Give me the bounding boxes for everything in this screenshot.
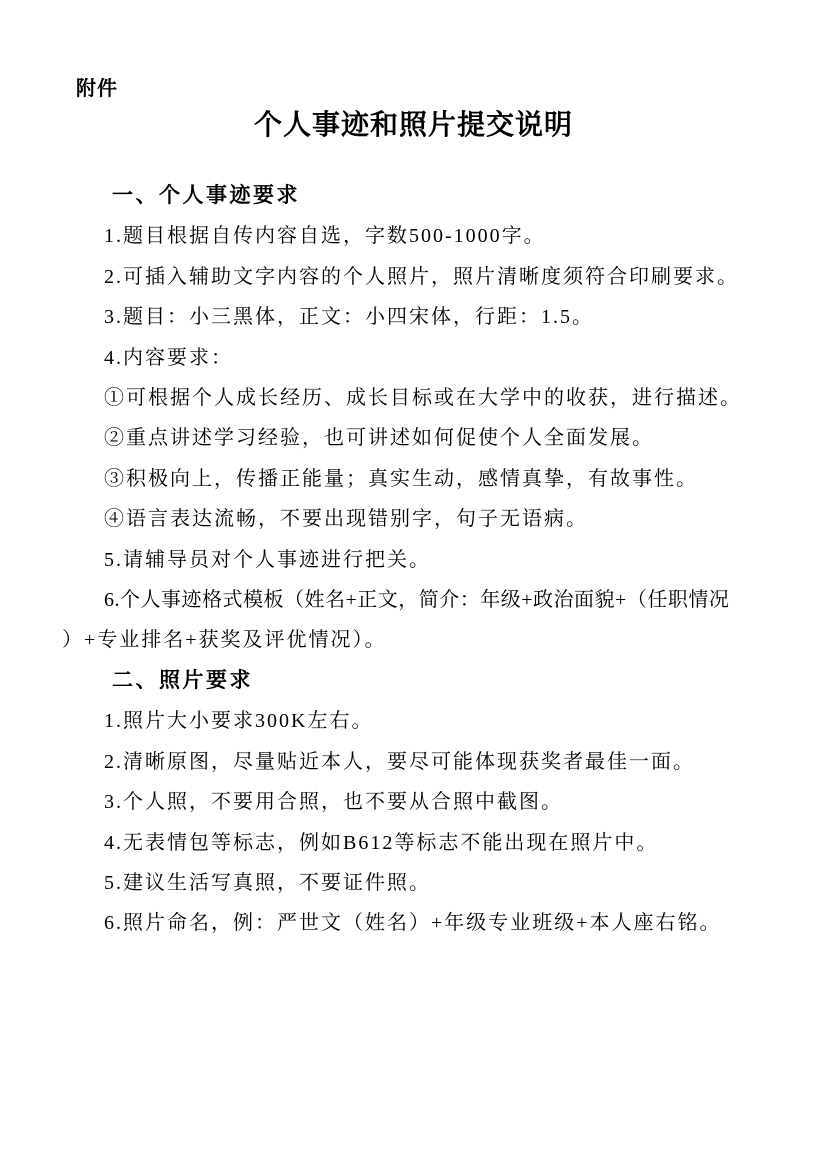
section-1-item-6-line-1: 6.个人事迹格式模板（姓名+正文，简介：年级+政治面貌+（任职情况 bbox=[62, 580, 769, 620]
document-body: 一、个人事迹要求 1.题目根据自传内容自选，字数500-1000字。 2.可插入… bbox=[0, 176, 827, 944]
section-1-heading: 一、个人事迹要求 bbox=[62, 176, 769, 216]
section-2-heading: 二、照片要求 bbox=[62, 661, 769, 701]
section-1-item-4: 4.内容要求： bbox=[62, 338, 769, 378]
section-2-item-6: 6.照片命名，例：严世文（姓名）+年级专业班级+本人座右铭。 bbox=[62, 903, 769, 943]
document-page: 附件 个人事迹和照片提交说明 一、个人事迹要求 1.题目根据自传内容自选，字数5… bbox=[0, 0, 827, 1169]
page-title: 个人事迹和照片提交说明 bbox=[0, 108, 827, 142]
section-1-item-2: 2.可插入辅助文字内容的个人照片，照片清晰度须符合印刷要求。 bbox=[62, 257, 769, 297]
section-1-item-1: 1.题目根据自传内容自选，字数500-1000字。 bbox=[62, 216, 769, 256]
section-1-item-4-sub-4: ④语言表达流畅，不要出现错别字，句子无语病。 bbox=[62, 499, 769, 539]
section-2-item-3: 3.个人照，不要用合照，也不要从合照中截图。 bbox=[62, 782, 769, 822]
section-2-item-1: 1.照片大小要求300K左右。 bbox=[62, 701, 769, 741]
section-2-item-5: 5.建议生活写真照，不要证件照。 bbox=[62, 863, 769, 903]
section-1-item-5: 5.请辅导员对个人事迹进行把关。 bbox=[62, 540, 769, 580]
section-2-item-2: 2.清晰原图，尽量贴近本人，要尽可能体现获奖者最佳一面。 bbox=[62, 742, 769, 782]
section-2-item-4: 4.无表情包等标志，例如B612等标志不能出现在照片中。 bbox=[62, 823, 769, 863]
section-1-item-4-sub-3: ③积极向上，传播正能量；真实生动，感情真挚，有故事性。 bbox=[62, 459, 769, 499]
section-1-item-4-sub-2: ②重点讲述学习经验，也可讲述如何促使个人全面发展。 bbox=[62, 418, 769, 458]
attachment-label: 附件 bbox=[0, 76, 827, 102]
section-1-item-6-line-2: ）+专业排名+获奖及评优情况）。 bbox=[62, 620, 769, 660]
section-1-item-4-sub-1: ①可根据个人成长经历、成长目标或在大学中的收获，进行描述。 bbox=[62, 378, 769, 418]
section-1-item-3: 3.题目：小三黑体，正文：小四宋体，行距：1.5。 bbox=[62, 297, 769, 337]
